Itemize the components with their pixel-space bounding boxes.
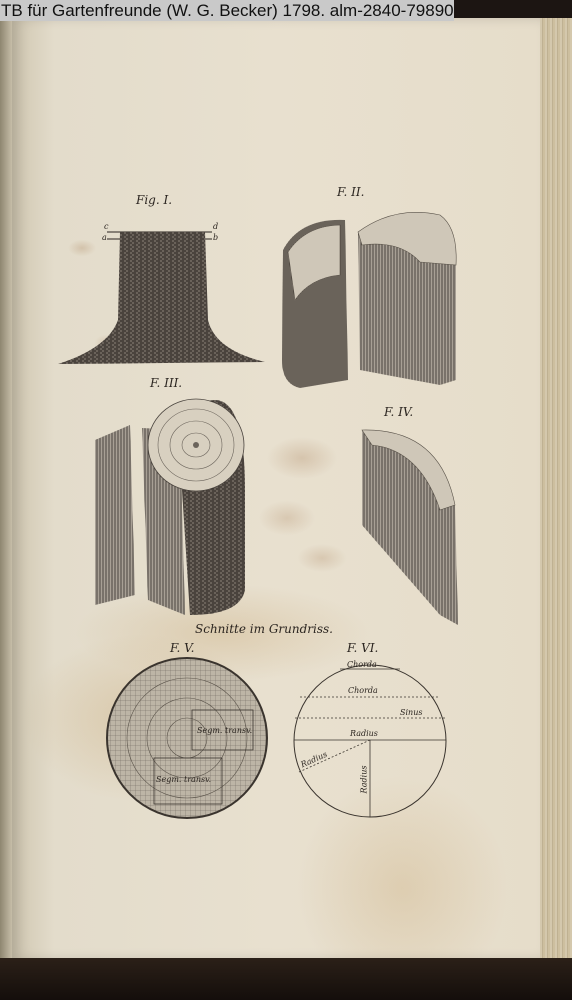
fig3-log-with-slab — [95, 399, 245, 615]
fig1-tree-stump — [58, 232, 265, 364]
fig6-radius-3: Radius — [359, 766, 368, 794]
fig1-letter-b: b — [213, 233, 218, 242]
fig5-segm-label-1: Segm. transv. — [197, 726, 252, 735]
fig3-label: F. III. — [150, 376, 182, 390]
section-title: Schnitte im Grundriss. — [195, 622, 333, 636]
fig1-letter-d: d — [213, 222, 218, 231]
fig5-label: F. V. — [170, 641, 194, 655]
engraving-plate — [0, 0, 572, 1000]
fig1-label: Fig. I. — [136, 193, 172, 207]
fig6-sinus: Sinus — [400, 708, 422, 717]
fig4-label: F. IV. — [384, 405, 413, 419]
fig5-cross-section — [107, 658, 267, 818]
fig6-label: F. VI. — [347, 641, 378, 655]
fig6-chorda-2: Chorda — [348, 686, 378, 695]
fig4-quarter-segment — [362, 430, 458, 625]
fig6-radius-1: Radius — [350, 729, 378, 738]
fig5-segm-label-2: Segm. transv. — [156, 775, 211, 784]
fig2-label: F. II. — [337, 185, 364, 199]
fig2-split-log — [282, 212, 456, 388]
fig1-letter-c: c — [104, 222, 108, 231]
caption-bar: TB für Gartenfreunde (W. G. Becker) 1798… — [0, 0, 454, 21]
fig6-chorda-1: Chorda — [347, 660, 377, 669]
fig1-letter-a: a — [102, 233, 107, 242]
